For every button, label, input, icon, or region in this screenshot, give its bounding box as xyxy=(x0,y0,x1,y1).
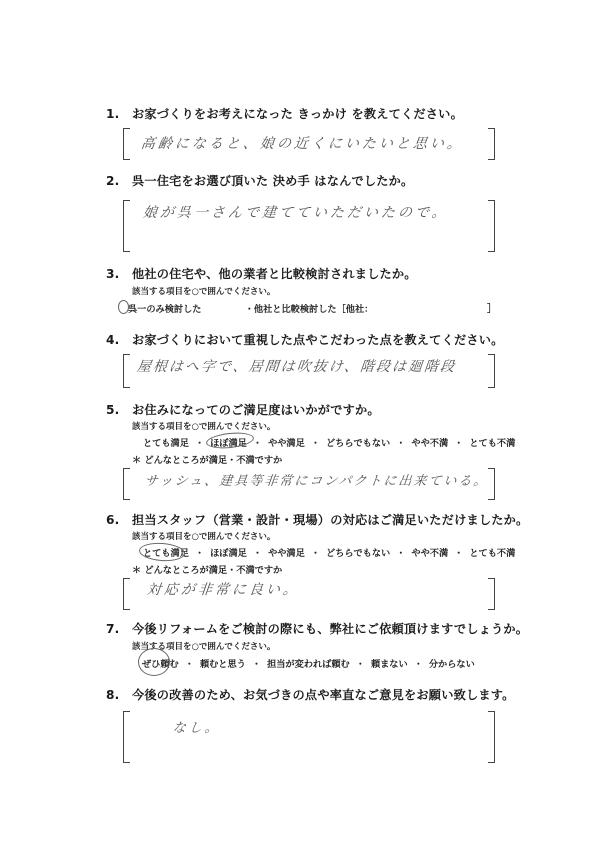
left-bracket xyxy=(123,711,130,763)
option-somewhat-dissatisfied[interactable]: やや不満 xyxy=(411,435,448,449)
answer-box-4[interactable]: 屋根はへ字で、居間は吹抜け、階段は廻階段 xyxy=(123,354,495,388)
handwritten-answer-8: なし。 xyxy=(172,717,222,736)
question-3-instruction: 該当する項目を○で囲んでください。 xyxy=(132,285,275,297)
option-neutral[interactable]: どちらでもない xyxy=(326,545,390,559)
option-somewhat-dissatisfied[interactable]: やや不満 xyxy=(411,545,448,559)
handwritten-answer-1: 高齢になると、娘の近くにいたいと思い。 xyxy=(140,133,465,153)
right-bracket xyxy=(488,711,495,763)
handwritten-answer-4: 屋根はへ字で、居間は吹抜け、階段は廻階段 xyxy=(136,356,457,376)
question-5-title: 5.お住みになってのご満足度はいかがですか。 xyxy=(106,401,380,418)
option-somewhat-satisfied[interactable]: やや満足 xyxy=(268,435,305,449)
option-very-satisfied[interactable]: とても満足 xyxy=(143,545,189,559)
answer-box-1[interactable]: 高齢になると、娘の近くにいたいと思い。 xyxy=(123,128,495,160)
handwritten-answer-5: サッシュ、建具等非常にコンパクトに出来ている。 xyxy=(144,470,490,489)
question-5-instruction: 該当する項目を○で囲んでください。 xyxy=(132,420,275,432)
question-number: 7. xyxy=(106,622,132,636)
option-compared-others[interactable]: ・他社と比較検討した［他社： xyxy=(245,301,374,315)
option-somewhat-satisfied[interactable]: やや満足 xyxy=(268,545,305,559)
question-7-title: 7.今後リフォームをご検討の際にも、弊社にご依頼頂けますでしょうか。 xyxy=(106,620,528,637)
right-bracket xyxy=(488,200,495,252)
question-number: 5. xyxy=(106,403,132,417)
question-3-title: 3.他社の住宅や、他の業者と比較検討されましたか。 xyxy=(106,265,417,282)
question-4-title: 4.お家づくりにおいて重視した点やこだわった点を教えてください。 xyxy=(106,331,504,348)
question-6-note: ＊ どんなところが満足・不満ですか xyxy=(132,562,282,576)
question-6-title: 6.担当スタッフ（営業・設計・現場）の対応はご満足いただけましたか。 xyxy=(106,511,528,528)
option-mostly-satisfied[interactable]: ほぼ満足 xyxy=(210,435,247,449)
question-6-instruction: 該当する項目を○で囲んでください。 xyxy=(132,530,275,542)
right-bracket xyxy=(488,354,495,388)
question-number: 3. xyxy=(106,267,132,281)
option-if-staff-changes[interactable]: 担当が変われば頼む xyxy=(267,656,350,670)
question-number: 2. xyxy=(106,174,132,188)
option-kure-only[interactable]: 呉一のみ検討した xyxy=(128,301,202,315)
question-number: 6. xyxy=(106,513,132,527)
question-7-options: ぜひ頼む・頼むと思う・担当が変われば頼む・頼まない・分からない xyxy=(142,656,475,670)
right-bracket xyxy=(488,128,495,160)
option-very-dissatisfied[interactable]: とても不満 xyxy=(469,545,515,559)
option-dont-know[interactable]: 分からない xyxy=(429,656,475,670)
handwritten-answer-6: 対応が非常に良い。 xyxy=(146,579,301,599)
option-very-satisfied[interactable]: とても満足 xyxy=(143,435,189,449)
option-neutral[interactable]: どちらでもない xyxy=(326,435,390,449)
question-number: 8. xyxy=(106,688,132,702)
left-bracket xyxy=(123,468,130,500)
question-1-title: 1.お家づくりをお考えになった きっかけ を教えてください。 xyxy=(106,105,463,122)
option-mostly-satisfied[interactable]: ほぼ満足 xyxy=(210,545,247,559)
left-bracket xyxy=(123,578,130,610)
handwritten-answer-2: 娘が呉一さんで建てていただいたので。 xyxy=(142,202,450,222)
other-company-close-bracket: ］ xyxy=(487,300,497,315)
question-8-title: 8.今後の改善のため、お気づきの点や率直なご意見をお願い致します。 xyxy=(106,686,515,703)
answer-box-2[interactable]: 娘が呉一さんで建てていただいたので。 xyxy=(123,200,495,252)
left-bracket xyxy=(123,128,130,160)
question-6-options: とても満足・ほぼ満足・やや満足・どちらでもない・やや不満・とても不満 xyxy=(143,545,515,559)
option-will-not[interactable]: 頼まない xyxy=(371,656,408,670)
question-2-title: 2.呉一住宅をお選び頂いた 決め手 はなんでしたか。 xyxy=(106,172,413,189)
question-5-note: ＊ どんなところが満足・不満ですか xyxy=(132,452,282,466)
question-number: 4. xyxy=(106,333,132,347)
left-bracket xyxy=(123,354,130,388)
option-definitely[interactable]: ぜひ頼む xyxy=(142,656,179,670)
option-probably[interactable]: 頼むと思う xyxy=(200,656,246,670)
right-bracket xyxy=(488,578,495,610)
question-7-instruction: 該当する項目を○で囲んでください。 xyxy=(132,640,275,652)
answer-box-6[interactable]: 対応が非常に良い。 xyxy=(123,578,495,610)
question-5-options: とても満足・ほぼ満足・やや満足・どちらでもない・やや不満・とても不満 xyxy=(143,435,515,449)
question-number: 1. xyxy=(106,107,132,121)
answer-box-8[interactable]: なし。 xyxy=(123,711,495,763)
question-3-options: 呉一のみ検討した ・他社と比較検討した［他社： xyxy=(128,301,373,315)
left-bracket xyxy=(123,200,130,252)
option-very-dissatisfied[interactable]: とても不満 xyxy=(469,435,515,449)
answer-box-5[interactable]: サッシュ、建具等非常にコンパクトに出来ている。 xyxy=(123,468,495,500)
